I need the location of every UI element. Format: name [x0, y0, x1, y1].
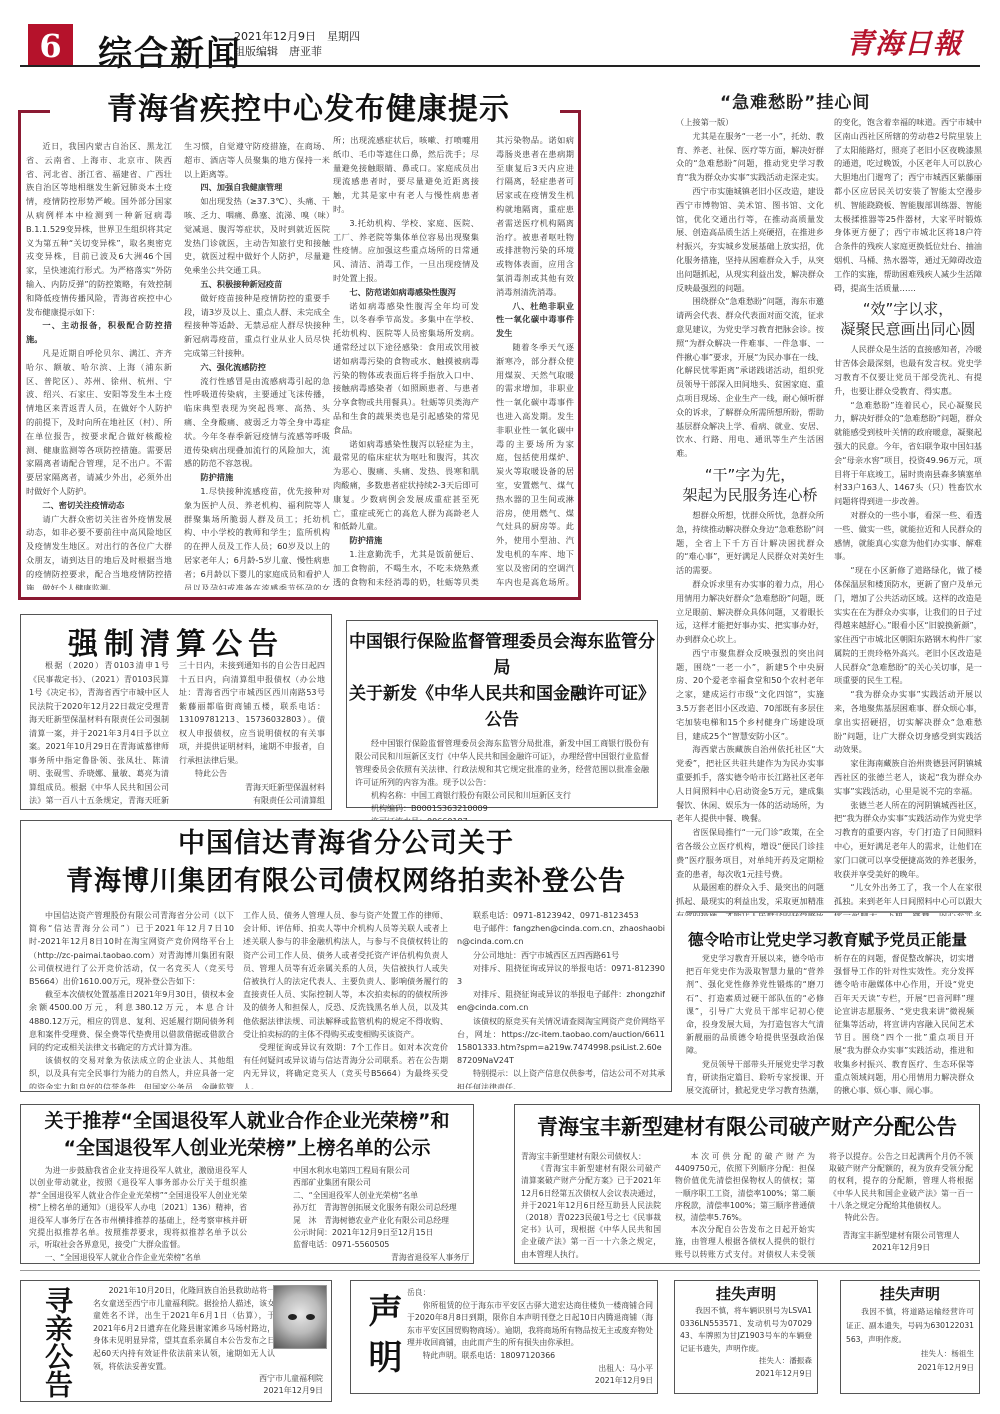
contact-phone: 联系电话：0971-8123942、0971-8123453	[457, 909, 665, 922]
paragraph: 诺如病毒感染性腹泻以轻症为主，最常见的临床症状为呕吐和腹泻，其次为恶心、腹痛、头…	[333, 438, 479, 535]
closing: 特此公告。	[829, 1212, 973, 1224]
field-row: 机构名称：中国工商银行股份有限公司民和川垣新区支行	[355, 789, 649, 802]
title-line: 关于推荐“全国退役军人就业合作企业光荣榜”和	[21, 1108, 473, 1135]
lead-frame-right	[578, 110, 581, 600]
notice-title: 挂失声明	[841, 1283, 979, 1305]
notice-label: 声明	[359, 1291, 403, 1387]
lead-frame-left	[18, 110, 21, 600]
lost-notice-1: 挂失声明 我因不慎，将车辆识别号为LSVA10336LN553571、发动机号为…	[674, 1280, 818, 1394]
title-line: 青海博川集团有限公司债权网络拍卖补登公告	[21, 863, 671, 901]
notice-date: 2021年12月9日	[829, 1242, 973, 1254]
closing: 特此公告	[179, 767, 325, 781]
paragraph: 2021年10月20日，化隆回族自治县救助站将一名女童送至西宁市儿童福利院。据捡…	[93, 1285, 275, 1373]
paragraph: 其污染物品。诺如病毒肠炎患者在患病期至康复后3天内应进行隔离，轻症患者可居家或在…	[496, 134, 574, 300]
signer: 挂失人：潘振森	[680, 1355, 812, 1368]
paragraph: 本次分配自公告发布之日起开始实施，由管理人根据各债权人提供的银行账号以转账方式支…	[675, 1224, 815, 1261]
paragraph: 海西蒙古族藏族自治州依托社区“大党委”，把社区共驻共建作为为民办实事重要抓手，落…	[676, 743, 824, 826]
paragraph: 析存在的问题，督促整改解决，切实增强督导工作的针对性实效性。充分发挥德令哈市融媒…	[834, 952, 974, 1096]
paragraph: 家住海南藏族自治州贵德县河阴镇城西社区的张德兰老人，谈起“我为群众办实事”实践活…	[834, 757, 982, 798]
infant-photo	[273, 1285, 327, 1349]
report-email: 对排斥、阻挠征询或异议的举报电子邮件：zhongzhifen@cinda.com…	[457, 988, 665, 1014]
field-value: B0001S363210009	[411, 804, 488, 813]
baofeng-notice: 青海宝丰新型建材有限公司破产财产分配公告 青海宝丰新型建材有限公司债权人： 《青…	[514, 1104, 980, 1264]
paragraph: 诺如病毒感染性腹泻全年均可发生，以冬春季节高发。多集中在学校、托幼机构、医院等人…	[333, 300, 479, 438]
list-heading: 二、“全国退役军人创业光荣榜”名单	[293, 1190, 469, 1202]
paragraph: “急难愁盼”连着民心，民心凝聚民力，解决好群众的“急难愁盼”问题，群众就能感受到…	[834, 399, 982, 509]
subheading: 一、主动报备，积极配合防控措施。	[26, 319, 172, 347]
paragraph: 群众诉求里有办实事的着力点，用心用情用力解决好群众“急难愁盼”问题，既立足眼前、…	[676, 578, 824, 647]
subheading: 六、强化流感防控	[184, 361, 330, 375]
signer: 挂失人：杨祖生	[846, 1347, 974, 1361]
subheading: 七、防范诺如病毒感染性腹泻	[333, 286, 479, 300]
subheading: 四、加强自我健康管理	[184, 181, 330, 195]
lead-frame-top-right	[560, 110, 581, 113]
title-line: 关于新发《中华人民共和国金融许可证》公告	[347, 681, 657, 733]
paragraph: 所；出现流感症状后，咳嗽、打喷嚏用纸巾、毛巾等遮住口鼻，然后洗手；尽量避免接触眼…	[333, 134, 479, 217]
hotline: 监督电话：0971-5560505	[293, 1239, 469, 1251]
paragraph: 流行性感冒是由流感病毒引起的急性呼吸道传染病，主要通过飞沫传播，临床典型表现为突…	[184, 375, 330, 472]
field-label: 机构编码	[371, 804, 403, 813]
paragraph: 本次可供分配的破产财产为4409750元，依照下列顺序分配：担保物价值优先清偿担…	[675, 1151, 815, 1224]
cbirc-notice: 中国银行保险监督管理委员会海东监管分局 关于新发《中华人民共和国金融许可证》公告…	[346, 620, 658, 808]
lead-frame-bottom	[18, 597, 581, 600]
editor-credit: 组版编辑 唐亚菲	[234, 44, 360, 59]
label-text: 声明	[359, 1291, 405, 1387]
feature-bottom-rule	[686, 911, 972, 913]
paragraph: 截至本次债权处置基准日2021年9月30日，债权本金余额4500.00万元，利息…	[29, 988, 234, 1054]
statement-notice: 声明 岳良： 你所租赁的位于海东市平安区古驿大道宏达商住楼负一楼商铺合同于202…	[350, 1280, 658, 1394]
paragraph: 生习惯，自觉遵守防疫措施，在商场、超市、酒店等人员聚集的地方保持一米以上距离等。	[184, 140, 330, 181]
title-line: 中国银行保险监督管理委员会海东监管分局	[347, 629, 657, 681]
label-text: 寻亲公告	[37, 1285, 77, 1399]
paragraph: （上接第一版）	[676, 116, 824, 130]
lead-frame-top-left	[18, 110, 50, 113]
photo-detail	[288, 1314, 297, 1320]
list-item: 晁 沐 青海树德农业产业化有限公司总经理	[293, 1215, 469, 1227]
closing: 特此声明。联系电话：18097120366	[407, 1350, 653, 1363]
field-value: 中国工商银行股份有限公司民和川垣新区支行	[411, 791, 571, 800]
signer: 有限责任公司清算组	[179, 794, 325, 807]
paragraph: 三十日内，未接到通知书的自公告日起四十五日内，向清算组申报债权（办公地址：青海省…	[179, 659, 325, 767]
newspaper-logo: 青海日報	[846, 22, 962, 62]
page-number-badge: 6	[28, 24, 73, 66]
signer: 出租人：马小平	[407, 1363, 653, 1376]
lead-column-3: 所；出现流感症状后，咳嗽、打喷嚏用纸巾、毛巾等遮住口鼻，然后洗手；尽量避免接触眼…	[333, 134, 479, 590]
paragraph: 3.托幼机构、学校、家庭、医院、工厂、养老院等集体单位容易出现聚集性疫情。应加强…	[333, 217, 479, 286]
notice-title: 中国信达青海省分公司关于 青海博川集团有限公司债权网络拍卖补登公告	[21, 825, 671, 901]
delingha-column-b: 析存在的问题，督促整改解决，切实增强督导工作的针对性实效性。充分发挥德令哈市融媒…	[834, 952, 974, 1096]
auction-url: 该债权的原竞买有关情况请查阅淘宝网资产竞价网络平台，网址：https://zc-…	[457, 1015, 665, 1068]
paragraph: 请广大群众密切关注省外疫情发展动态，如非必要不要前往中高风险地区及疫情发生地区。…	[26, 513, 172, 590]
notice-title: 强制清算公告	[21, 619, 331, 663]
paragraph: 《青海宝丰新型建材有限公司破产清算案破产财产分配方案》已于2021年12月6日经…	[521, 1163, 661, 1261]
paragraph: 青海宝丰新型建材有限公司债权人：	[521, 1151, 661, 1163]
list-item: 孙万红 青海智创拓展文化服务有限公司总经理	[293, 1202, 469, 1214]
lead-column-4: 其污染物品。诺如病毒肠炎患者在患病期至康复后3天内应进行隔离，轻症患者可居家或在…	[496, 134, 574, 590]
subhead-line: “效”字以求，	[834, 299, 982, 319]
feature-headline: “急难愁盼”挂心间	[720, 88, 870, 113]
lead-headline: 青海省疾控中心发布健康提示	[107, 84, 510, 128]
notice-date: 2021年12月9日	[846, 1361, 974, 1375]
notice-title: 挂失声明	[675, 1283, 817, 1305]
signer: 青海宝丰新型建材有限公司管理人	[829, 1230, 973, 1242]
paragraph: “现在小区新修了道路绿化，做了楼体保温层和楼顶防水，更新了窗户及单元门，增加了公…	[834, 564, 982, 688]
delingha-column-a: 党史学习教育开展以来，德令哈市把百年党史作为汲取智慧力量的“营养剂”、强化党性修…	[686, 952, 824, 1096]
paragraph: 党员领导干部带头开展党史学习教育，研读指定篇目、聆听专家授课、开展交流研讨，掀起…	[686, 1058, 824, 1096]
feature-subhead-1: “干”字为先， 架起为民服务连心桥	[676, 465, 824, 505]
paragraph: 工作人员、债务人管理人员、参与资产处置工作的律师、会计师、评估师、拍卖人等中介机…	[243, 909, 448, 1041]
addressee: 岳良：	[407, 1287, 653, 1300]
subheading: 五、积极接种新冠疫苗	[184, 278, 330, 292]
paragraph: 的变化，饱含着幸福的味道。西宁市城中区南山西社区所辖的劳动巷2号院里装上了太阳能…	[834, 116, 982, 295]
feature-column-a: （上接第一版） 尤其是在服务“一老一小”，托幼、教育、养老、社保、医疗等方面，解…	[676, 116, 824, 916]
paragraph: 我因不慎，将道路运输经营许可证正、副本遗失，号码为630122031563，声明…	[846, 1305, 974, 1347]
subheading: 防护措施	[184, 471, 330, 485]
liquidation-notice: 强制清算公告 根据（2020）青0103清申1号《民事裁定书》、（2021）青0…	[20, 614, 332, 810]
veterans-notice: 关于推荐“全国退役军人就业合作企业光荣榜”和 “全国退役军人创业光荣榜”上榜名单…	[20, 1104, 474, 1264]
paragraph: 中国信达资产管理股份有限公司青海省分公司（以下简称“信达青海分公司”）已于202…	[29, 909, 234, 988]
paragraph: 根据（2020）青0103清申1号《民事裁定书》、（2021）青0103民算1号…	[29, 659, 169, 807]
bottom-section-rule	[20, 1270, 980, 1271]
paragraph: 尤其是在服务“一老一小”，托幼、教育、养老、社保、医疗等方面，解决好群众的“急难…	[676, 130, 824, 185]
notice-title: 青海宝丰新型建材有限公司破产财产分配公告	[515, 1111, 979, 1143]
paragraph: 省医保局推行“一元门诊”政策，在全省各级公立医疗机构，增设“便民门诊挂费”医疗服…	[676, 826, 824, 881]
paragraph: 我因不慎，将车辆识别号为LSVA10336LN553571、发动机号为07029…	[680, 1305, 812, 1355]
paragraph: 如出现发热（≥37.3℃）、头痛、干咳、乏力、咽痛、鼻塞、流涕、嗅（味）觉减退、…	[184, 195, 330, 278]
paragraph: 西宁市聚焦群众反映强烈的突出问题，围绕“一老一小”，新建5个中央厨房、20个爱老…	[676, 647, 824, 744]
subheading: 二、密切关注疫情动态	[26, 499, 172, 513]
cinda-notice: 中国信达青海省分公司关于 青海博川集团有限公司债权网络拍卖补登公告 中国信达资产…	[20, 820, 672, 1092]
paragraph: 1.注意勤洗手，尤其是饭前便后、加工食物前，不喝生水，不吃未烧熟煮透的食物和未经…	[333, 548, 479, 590]
paragraph: 经中国银行保险监督管理委员会海东监管分局批准，新发中国工商银行股份有限公司民和川…	[355, 737, 649, 789]
paragraph: 近日，我国内蒙古自治区、黑龙江省、云南省、上海市、北京市、陕西省、河北省、浙江省…	[26, 140, 172, 319]
title-line: “全国退役军人创业光荣榜”上榜名单的公示	[21, 1135, 473, 1162]
signer: 青海天旺新型保温材料	[179, 781, 325, 795]
lost-notice-2: 挂失声明 我因不慎，将道路运输经营许可证正、副本遗失，号码为6301220315…	[840, 1280, 980, 1394]
masthead-rule	[20, 65, 980, 67]
publicity-period: 公示时间：2021年12月9日至12月15日	[293, 1227, 469, 1239]
paragraph: “我为群众办实事”实践活动开展以来，各地聚焦基层困难事、群众烦心事，拿出实招硬招…	[834, 688, 982, 757]
paragraph: 党史学习教育开展以来，德令哈市把百年党史作为汲取智慧力量的“营养剂”、强化党性修…	[686, 952, 824, 1058]
paragraph: 想群众所想，忧群众所忧，急群众所急，持续推动解决群众身边“急难愁盼”问题，全省上…	[676, 509, 824, 578]
paragraph: 凡是近期自呼伦贝尔、满江、齐齐哈尔、额敏、哈尔滨、上海（浦东新区、普陀区）、苏州…	[26, 347, 172, 499]
subhead-line: 凝聚民意画出同心圆	[834, 319, 982, 339]
feature-subhead-2: “效”字以求， 凝聚民意画出同心圆	[834, 299, 982, 339]
photo-detail	[306, 1314, 315, 1320]
paragraph: 为进一步鼓励我省企业支持退役军人就业，激励退役军人以创业带动就业，按照《退役军人…	[29, 1165, 247, 1252]
list-item: 中国水利水电第四工程局有限公司	[293, 1165, 469, 1177]
missing-child-notice: 寻亲公告 2021年10月20日，化隆回族自治县救助站将一名女童送至西宁市儿童福…	[20, 1280, 332, 1402]
feature-column-b: 的变化，饱含着幸福的味道。西宁市城中区南山西社区所辖的劳动巷2号院里装上了太阳能…	[834, 116, 982, 916]
notice-label: 寻亲公告	[31, 1285, 83, 1399]
subheading: 防护措施	[333, 534, 479, 548]
paragraph: 西宁市实施城镇老旧小区改造，建设西宁市博物馆、美术馆、图书馆、文化馆，优化交通出…	[676, 185, 824, 295]
paragraph: 你所租赁的位于海东市平安区古驿大道宏达商住楼负一楼商铺合同于2020年8月8日到…	[407, 1300, 653, 1350]
paragraph: 该债权的交易对象为依法成立的企业法人、其他组织，以及具有完全民事行为能力的自然人…	[29, 1054, 234, 1089]
lead-column-1: 近日，我国内蒙古自治区、黑龙江省、云南省、上海市、北京市、陕西省、河北省、浙江省…	[26, 140, 172, 590]
paragraph: 受理征询或异议有效期：7个工作日。如对本次竞价有任何疑问或异议请与信达青海分公司…	[243, 1041, 448, 1089]
branch-address: 分公司地址：西宁市城西区五四西路61号	[457, 949, 665, 962]
paragraph: 人民群众是生活的直接感知者，冷暖甘苦体会最深刻，也最有发言权。党史学习教育不仅要…	[834, 343, 982, 398]
contact-email: 电子邮件：fangzhen@cinda.com.cn、zhaoshaobin@c…	[457, 922, 665, 948]
dateline: 2021年12月9日 星期四 组版编辑 唐亚菲	[234, 29, 360, 59]
notice-date: 2021年12月9日	[259, 1385, 323, 1397]
subhead-line: “干”字为先，	[676, 465, 824, 485]
report-phone: 对排斥、阻挠征询或异议的举报电话：0971-8123903	[457, 962, 665, 988]
paragraph: 做好疫苗接种是疫情防控的重要手段，请3岁及以上、重点人群、未完成全程接种等适龄、…	[184, 292, 330, 361]
delingha-headline: 德令哈市让党史学习教育赋予党员正能量	[688, 928, 967, 950]
list-heading: 一、“全国退役军人就业合作企业光荣榜”名单	[29, 1252, 247, 1263]
signer: 青海省退役军人事务厅	[293, 1252, 469, 1263]
paragraph: 1.尽快接种流感疫苗，优先接种对象为医护人员、养老机构、福利院等人群聚集场所脆弱…	[184, 485, 330, 590]
issue-date: 2021年12月9日 星期四	[234, 29, 360, 44]
notice-date: 2021年12月9日	[407, 1375, 653, 1388]
field-row: 机构编码：B0001S363210009	[355, 802, 649, 815]
paragraph: 围绕群众“急难愁盼”问题，海东市邀请两会代表、群众代表面对面交流，征求意见建议，…	[676, 295, 824, 461]
lead-column-2: 生习惯，自觉遵守防疫措施，在商场、超市、酒店等人员聚集的地方保持一米以上距离等。…	[184, 140, 330, 590]
title-line: 中国信达青海省分公司关于	[21, 825, 671, 863]
paragraph: 张德兰老人所在的河阴镇城西社区，把“我为群众办实事”实践活动作为党史学习教育的重…	[834, 799, 982, 882]
notice-title: 关于推荐“全国退役军人就业合作企业光荣榜”和 “全国退役军人创业光荣榜”上榜名单…	[21, 1108, 473, 1162]
disclaimer: 特别提示：以上资产信息仅供参考，信达公司不对其承担任何法律责任。	[457, 1067, 665, 1089]
paragraph: 对群众的一些小事，看深一些、看透一些、做实一些，就能拉近和人民群众的感情，就能真…	[834, 509, 982, 564]
paragraph: 将予以提存。公告之日起满两个月仍不领取破产财产分配额的，视为放弃受领分配的权利，…	[829, 1151, 973, 1212]
signer: 西宁市儿童福利院	[259, 1373, 323, 1385]
subhead-line: 架起为民服务连心桥	[676, 485, 824, 505]
paragraph: 随着冬季天气逐渐寒冷，部分群众使用煤炭、天然气取暖的需求增加，非职业性一氧化碳中…	[496, 341, 574, 590]
section-title: 综合新闻	[98, 26, 242, 75]
subheading: 八、杜绝非职业性一氧化碳中毒事件发生	[496, 300, 574, 341]
notice-title: 中国银行保险监督管理委员会海东监管分局 关于新发《中华人民共和国金融许可证》公告	[347, 629, 657, 733]
field-label: 机构名称	[371, 791, 403, 800]
notice-date: 2021年12月9日	[680, 1368, 812, 1381]
list-item: 西部矿业集团有限公司	[293, 1177, 469, 1189]
